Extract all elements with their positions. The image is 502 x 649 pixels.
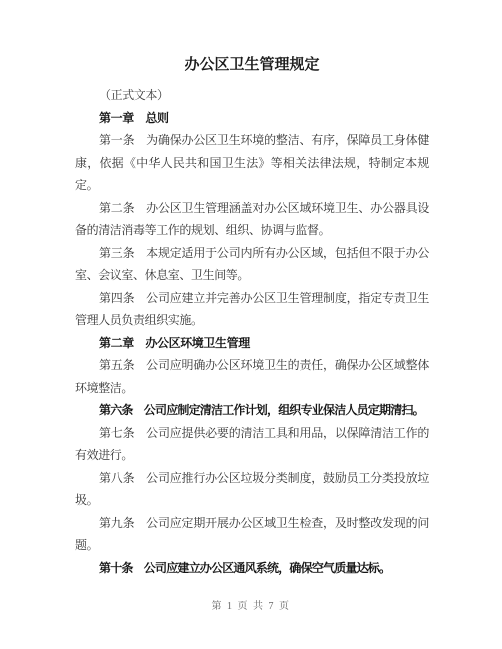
chapter-1-heading: 第一章 总则 (75, 107, 429, 130)
clause-3-paragraph: 第三条 本规定适用于公司内所有办公区域，包括但不限于办公室、会议室、休息室、卫生… (75, 242, 429, 287)
clause-8-paragraph: 第八条 公司应推行办公区垃圾分类制度，鼓励员工分类投放垃圾。 (75, 467, 429, 512)
clause-5-paragraph: 第五条 公司应明确办公区环境卫生的责任，确保办公区域整体环境整洁。 (75, 354, 429, 399)
clause-2-paragraph: 第二条 办公区卫生管理涵盖对办公区域环境卫生、办公器具设备的清洁消毒等工作的规划… (75, 197, 429, 242)
page-number-footer: 第 1 页 共 7 页 (0, 600, 502, 614)
chapter-2-heading: 第二章 办公区环境卫生管理 (75, 332, 429, 355)
clause-9-paragraph: 第九条 公司应定期开展办公区域卫生检查，及时整改发现的问题。 (75, 512, 429, 557)
page-number-label: 第 1 页 共 7 页 (212, 601, 291, 612)
clause-7-paragraph: 第七条 公司应提供必要的清洁工具和用品，以保障清洁工作的有效进行。 (75, 422, 429, 467)
document-page: 办公区卫生管理规定 （正式文本） 第一章 总则 第一条 为确保办公区卫生环境的整… (0, 0, 502, 649)
clause-1-paragraph: 第一条 为确保办公区卫生环境的整洁、有序，保障员工身体健康，依据《中华人民共和国… (75, 129, 429, 197)
clause-6-paragraph: 第六条 公司应制定清洁工作计划，组织专业保洁人员定期清扫。 (75, 399, 429, 422)
document-title: 办公区卫生管理规定 (75, 55, 429, 76)
clause-10-paragraph: 第十条 公司应建立办公区通风系统，确保空气质量达标。 (75, 557, 429, 580)
document-subtitle: （正式文本） (75, 84, 429, 107)
clause-4-paragraph: 第四条 公司应建立并完善办公区卫生管理制度，指定专责卫生管理人员负责组织实施。 (75, 287, 429, 332)
